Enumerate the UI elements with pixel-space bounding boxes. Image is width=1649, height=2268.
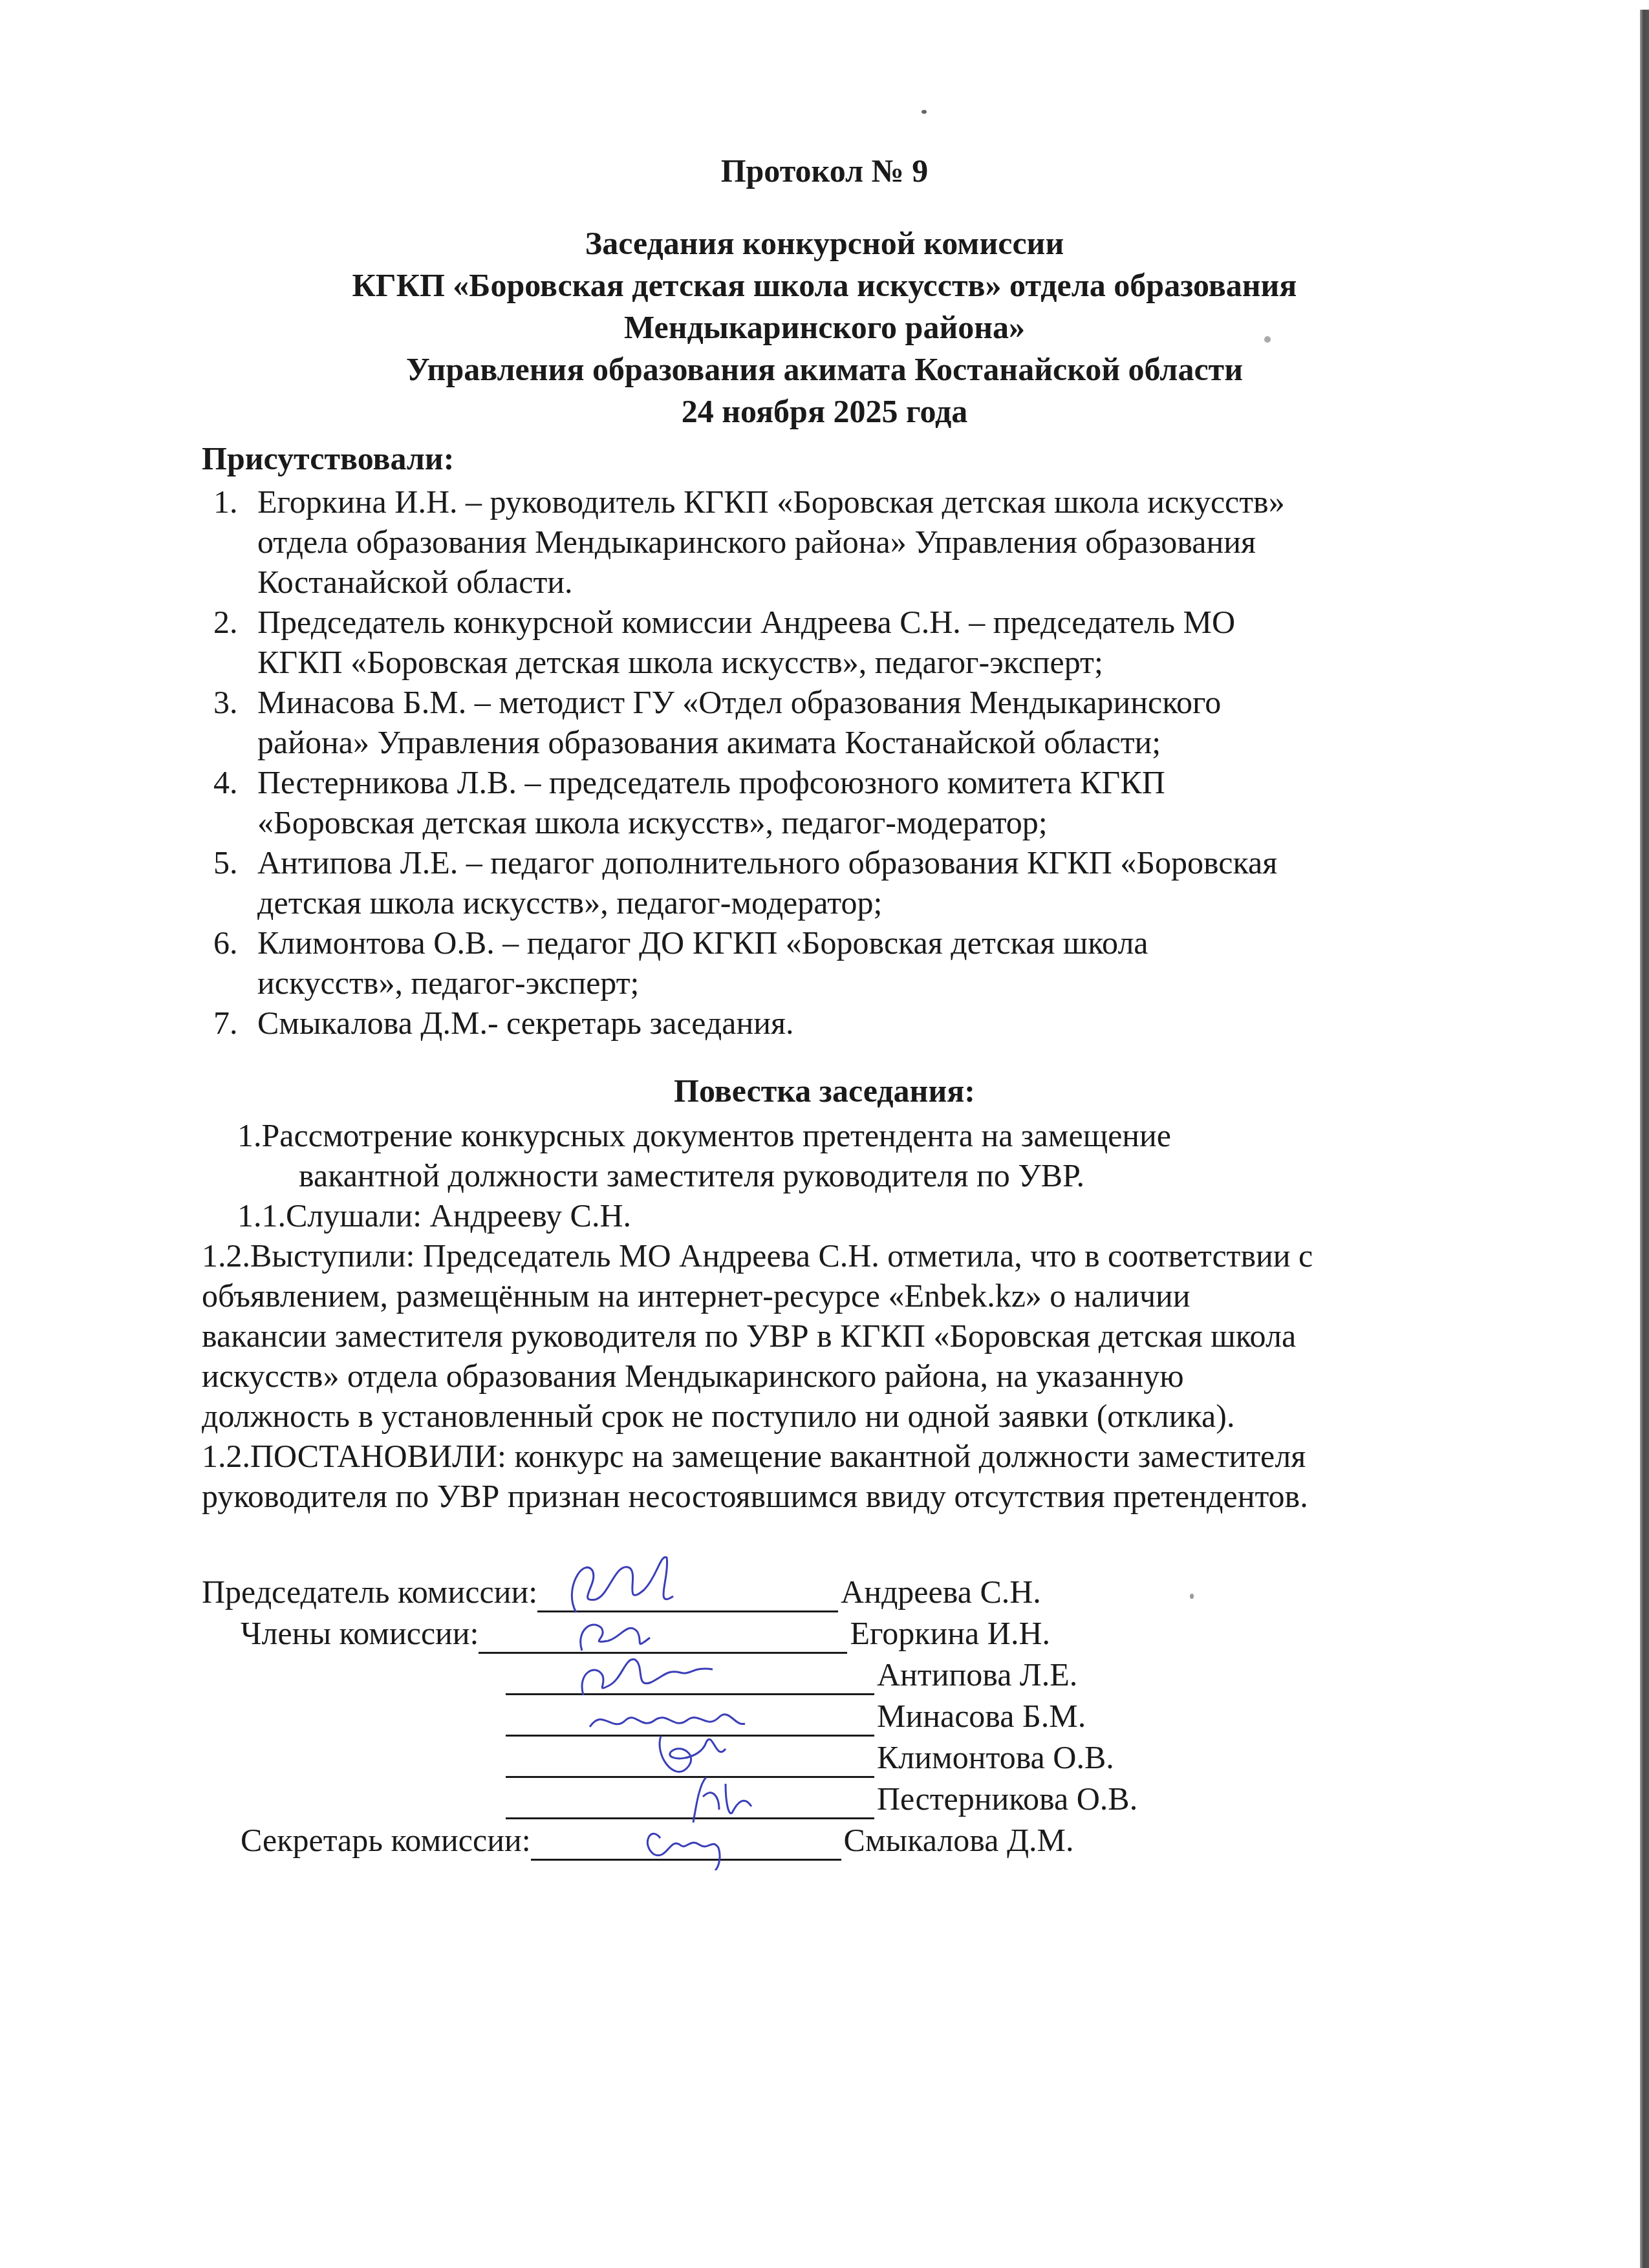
spoke-text: 1.2.Выступили: Председатель МО Андреева … (202, 1236, 1521, 1276)
agenda-item: вакантной должности заместителя руководи… (202, 1155, 1521, 1195)
scan-edge-shadow (1640, 10, 1649, 2268)
spoke-text: вакансии заместителя руководителя по УВР… (202, 1316, 1521, 1356)
attendee-text: Егоркина И.Н. – руководитель КГКП «Боров… (257, 482, 1507, 522)
resolved-section: 1.2.ПОСТАНОВИЛИ: конкурс на замещение ва… (202, 1436, 1521, 1516)
agenda-title: Повестка заседания: (0, 1072, 1649, 1109)
attendee-text: Климонтова О.В. – педагог ДО КГКП «Боров… (257, 923, 1507, 963)
signature-block: Председатель комиссии: Андреева С.Н. Чле… (202, 1571, 1301, 1861)
signature-line (537, 1577, 838, 1612)
signature-line (506, 1660, 874, 1695)
present-label: Присутствовали: (202, 440, 454, 477)
attendee-item: 7. Смыкалова Д.М.- секретарь заседания. (213, 1003, 1507, 1043)
attendee-text: района» Управления образования акимата К… (257, 722, 1507, 762)
attendee-text: Минасова Б.М. – методист ГУ «Отдел образ… (257, 682, 1507, 722)
attendee-item: 5. Антипова Л.Е. – педагог дополнительно… (213, 842, 1507, 923)
attendee-text: Смыкалова Д.М.- секретарь заседания. (257, 1003, 1507, 1043)
agenda-item: 1.Рассмотрение конкурсных документов пре… (202, 1115, 1521, 1155)
spoke-text: должность в установленный срок не поступ… (202, 1396, 1521, 1436)
attendee-list: 1. Егоркина И.Н. – руководитель КГКП «Бо… (213, 482, 1507, 1043)
attendee-text: КГКП «Боровская детская школа искусств»,… (257, 642, 1507, 682)
signature-line (531, 1825, 841, 1861)
signature-role: Председатель комиссии: (202, 1571, 537, 1612)
attendee-text: искусств», педагог-эксперт; (257, 963, 1507, 1003)
attendee-text: Пестерникова Л.В. – председатель профсою… (257, 762, 1507, 802)
item-number: 2. (213, 602, 257, 682)
attendee-text: «Боровская детская школа искусств», педа… (257, 802, 1507, 842)
signature-line (506, 1784, 874, 1819)
item-number: 5. (213, 842, 257, 923)
header-line: Управления образования акимата Костанайс… (0, 349, 1649, 389)
attendee-text: детская школа искусств», педагог-модерат… (257, 883, 1507, 923)
signature-role: Члены комиссии: (241, 1612, 479, 1654)
signatory-name: Смыкалова Д.М. (841, 1819, 1074, 1861)
meeting-date: 24 ноября 2025 года (0, 391, 1649, 431)
spoke-text: объявлением, размещённым на интернет-рес… (202, 1276, 1521, 1316)
attendee-text: Председатель конкурсной комиссии Андреев… (257, 602, 1507, 642)
signature-row: Климонтова О.В. (506, 1737, 1301, 1778)
attendee-text: Костанайской области. (257, 562, 1507, 602)
signature-row: Председатель комиссии: Андреева С.Н. (202, 1571, 1301, 1612)
heard-section: 1.1.Слушали: Андрееву С.Н. (202, 1195, 1521, 1236)
signature-scribble-icon (537, 1551, 838, 1622)
signatory-name: Минасова Б.М. (874, 1695, 1086, 1737)
spoke-section: 1.2.Выступили: Председатель МО Андреева … (202, 1236, 1521, 1436)
attendee-item: 4. Пестерникова Л.В. – председатель проф… (213, 762, 1507, 842)
signatory-name: Андреева С.Н. (838, 1571, 1041, 1612)
signature-line (506, 1742, 874, 1778)
resolved-text: 1.2.ПОСТАНОВИЛИ: конкурс на замещение ва… (202, 1436, 1521, 1476)
signature-line (506, 1701, 874, 1737)
item-number: 3. (213, 682, 257, 762)
spoke-text: искусств» отдела образования Мендыкаринс… (202, 1356, 1521, 1396)
signature-role: Секретарь комиссии: (241, 1819, 531, 1861)
agenda-body: 1.Рассмотрение конкурсных документов пре… (202, 1115, 1521, 1516)
signatory-name: Климонтова О.В. (874, 1737, 1114, 1778)
scan-speck (921, 110, 927, 114)
attendee-item: 6. Климонтова О.В. – педагог ДО КГКП «Бо… (213, 923, 1507, 1003)
attendee-text: отдела образования Мендыкаринского район… (257, 522, 1507, 562)
item-number: 1. (213, 482, 257, 602)
header-line: Заседания конкурсной комиссии (0, 223, 1649, 263)
signature-row: Антипова Л.Е. (506, 1654, 1301, 1695)
document-title: Протокол № 9 (0, 152, 1649, 189)
signature-row: Секретарь комиссии: Смыкалова Д.М. (241, 1819, 1301, 1861)
header-line: КГКП «Боровская детская школа искусств» … (0, 265, 1649, 305)
item-number: 6. (213, 923, 257, 1003)
signature-row: Члены комиссии: Егоркина И.Н. (241, 1612, 1301, 1654)
signature-line (479, 1618, 847, 1654)
header-line: Мендыкаринского района» (0, 307, 1649, 347)
signature-row: Минасова Б.М. (506, 1695, 1301, 1737)
resolved-text: руководителя по УВР признан несостоявшим… (202, 1476, 1521, 1516)
attendee-text: Антипова Л.Е. – педагог дополнительного … (257, 842, 1507, 883)
item-number: 4. (213, 762, 257, 842)
signature-row: Пестерникова О.В. (506, 1778, 1301, 1819)
attendee-item: 1. Егоркина И.Н. – руководитель КГКП «Бо… (213, 482, 1507, 602)
signatory-name: Егоркина И.Н. (847, 1612, 1050, 1654)
signatory-name: Антипова Л.Е. (874, 1654, 1077, 1695)
attendee-item: 3. Минасова Б.М. – методист ГУ «Отдел об… (213, 682, 1507, 762)
signatory-name: Пестерникова О.В. (874, 1778, 1137, 1819)
item-number: 7. (213, 1003, 257, 1043)
attendee-item: 2. Председатель конкурсной комиссии Андр… (213, 602, 1507, 682)
